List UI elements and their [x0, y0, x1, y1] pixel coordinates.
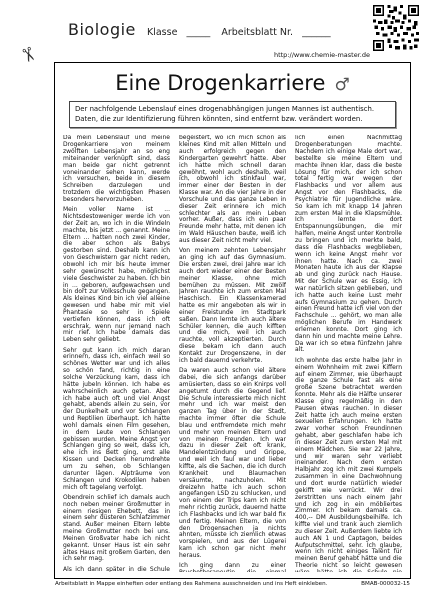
paragraph: Da waren auch schon viel ältere dabei, d…	[179, 368, 286, 560]
footer-instruction: Arbeitsblatt in Mappe einheften oder ent…	[55, 581, 327, 587]
column-1: Da mein Lebenslauf und meine Drogenkarri…	[63, 135, 170, 572]
paragraph: Als ich dann später in die Schule kam, w…	[63, 567, 170, 572]
paragraph: Da mein Lebenslauf und meine Drogenkarri…	[63, 135, 170, 203]
scissors-icon: ✂	[15, 43, 41, 66]
column-2: begeistert, wo ich mich schon als kleine…	[179, 135, 286, 572]
paragraph: Ich ging dann zu einer Psychotherapeutin…	[179, 563, 286, 572]
page-title: Eine Drogenkarriere	[115, 71, 325, 95]
intro-box: Der nachfolgende Lebenslauf eines drogen…	[69, 101, 396, 128]
arbeitsblatt-nr-blank-field: ______	[302, 27, 331, 38]
footer-code: BMAB-000032-15	[361, 581, 410, 587]
subject-title: Biologie	[68, 20, 136, 39]
paragraph: begeistert, wo ich mich schon als kleine…	[179, 135, 286, 245]
male-symbol-icon: ♂	[335, 75, 350, 95]
paragraph: lich einen Nachmittag Drogenberatungen m…	[295, 135, 402, 354]
klasse-blank-field: _____	[187, 27, 211, 38]
paragraph: Obendrein schlief ich damals auch noch n…	[63, 495, 170, 563]
arbeitsblatt-nr-label: Arbeitsblatt Nr.	[221, 27, 293, 38]
worksheet-page: Biologie Klasse _____ Arbeitsblatt Nr. _…	[0, 0, 430, 608]
klasse-label: Klasse	[147, 27, 177, 38]
paragraph: Mein voller Name ist ... Nichtsdestoweni…	[63, 207, 170, 344]
intro-line-2: Daten, die zur Identifizierung führen kö…	[75, 115, 390, 125]
paragraph: Von meinem zehnten Lebensjahr an ging ic…	[179, 248, 286, 364]
column-3: lich einen Nachmittag Drogenberatungen m…	[295, 135, 402, 572]
worksheet-frame: Eine Drogenkarriere ♂ Der nachfolgende L…	[54, 62, 411, 579]
text-columns: Da mein Lebenslauf und meine Drogenkarri…	[63, 135, 402, 572]
title-row: Eine Drogenkarriere ♂	[63, 71, 402, 95]
website-url[interactable]: http://www.chemie-master.de	[274, 51, 370, 59]
header: Biologie Klasse _____ Arbeitsblatt Nr. _…	[68, 20, 331, 39]
qr-code	[373, 5, 419, 51]
paragraph: Sehr gut kann ich mich daran erinnern, d…	[63, 348, 170, 492]
intro-line-1: Der nachfolgende Lebenslauf eines drogen…	[75, 105, 390, 115]
paragraph: Ich wohnte das erste halbe Jahr in einem…	[295, 358, 402, 572]
footer: Arbeitsblatt in Mappe einheften oder ent…	[55, 581, 410, 587]
